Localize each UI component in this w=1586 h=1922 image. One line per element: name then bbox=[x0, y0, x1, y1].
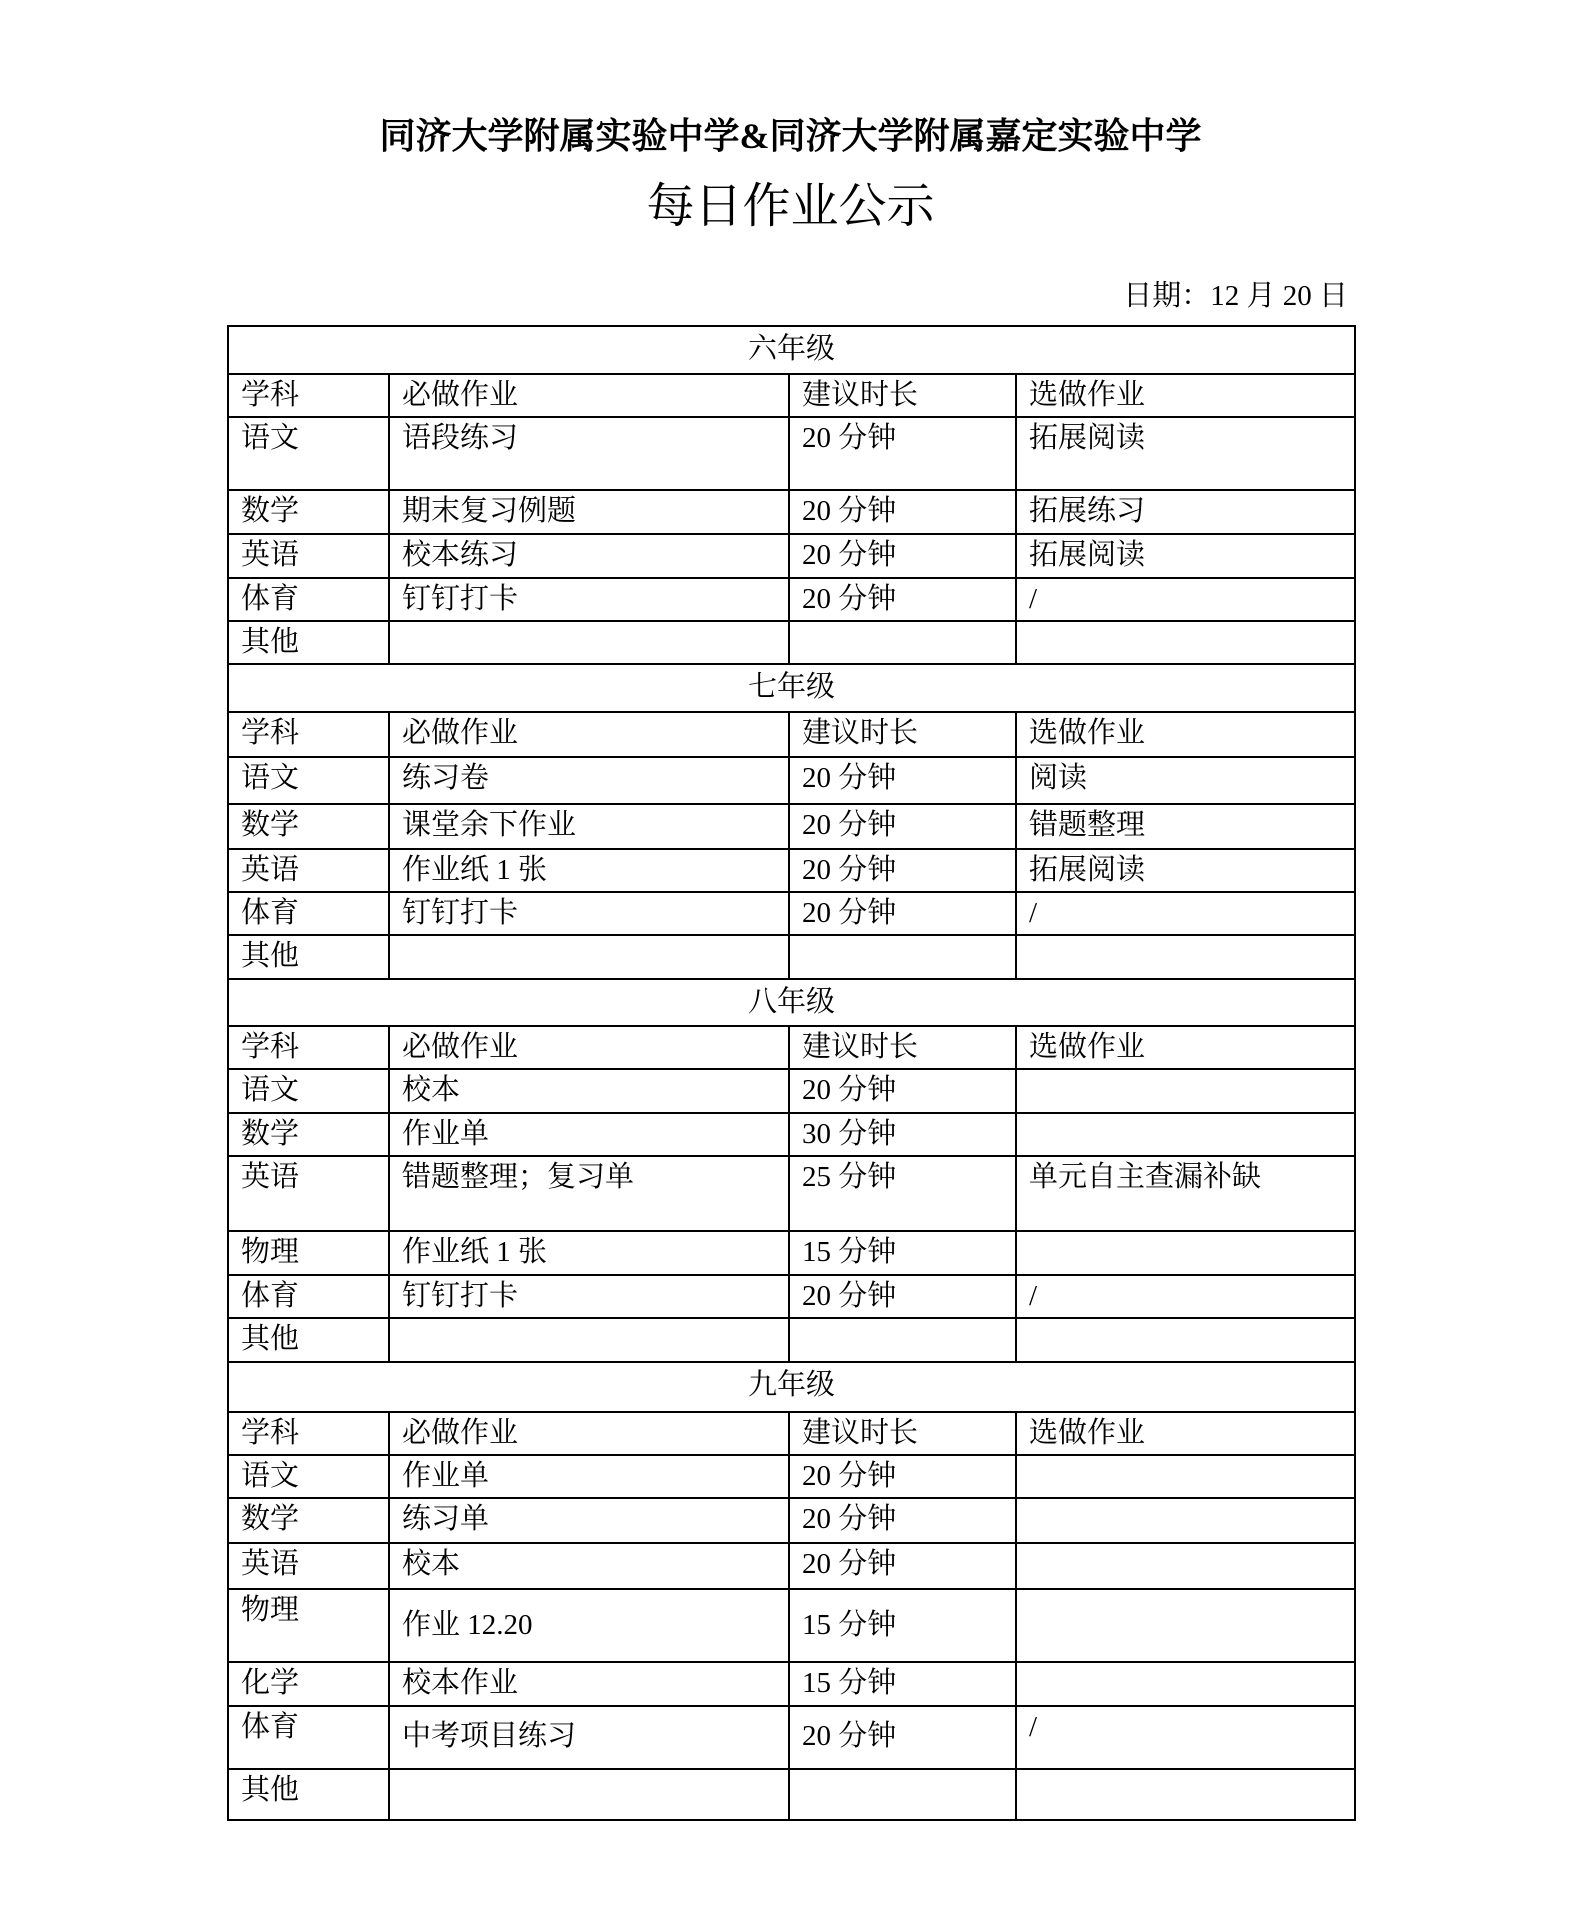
cell-required: 期末复习例题 bbox=[389, 490, 789, 533]
cell-optional: / bbox=[1016, 1706, 1355, 1769]
cell-subject: 数学 bbox=[228, 804, 389, 849]
cell-optional bbox=[1016, 1498, 1355, 1543]
grade-banner: 八年级 bbox=[228, 979, 1355, 1026]
cell-duration bbox=[789, 621, 1016, 664]
cell-duration bbox=[789, 1318, 1016, 1361]
cell-optional: / bbox=[1016, 892, 1355, 935]
grade-banner-row: 六年级 bbox=[228, 326, 1355, 373]
document-content: 同济大学附属实验中学&同济大学附属嘉定实验中学 每日作业公示 日期：12 月 2… bbox=[227, 0, 1354, 1821]
table-row: 英语校本20 分钟 bbox=[228, 1543, 1355, 1589]
column-header-required: 必做作业 bbox=[389, 1412, 789, 1455]
cell-required bbox=[389, 1769, 789, 1820]
cell-optional: 阅读 bbox=[1016, 757, 1355, 804]
cell-required: 钉钉打卡 bbox=[389, 892, 789, 935]
table-row: 语文语段练习20 分钟拓展阅读 bbox=[228, 417, 1355, 490]
cell-duration: 20 分钟 bbox=[789, 1275, 1016, 1318]
cell-subject: 语文 bbox=[228, 417, 389, 490]
cell-subject: 体育 bbox=[228, 892, 389, 935]
cell-required: 校本作业 bbox=[389, 1662, 789, 1705]
cell-duration: 20 分钟 bbox=[789, 849, 1016, 892]
cell-optional bbox=[1016, 1543, 1355, 1589]
cell-required: 作业单 bbox=[389, 1455, 789, 1498]
table-row: 其他 bbox=[228, 1318, 1355, 1361]
table-row: 数学期末复习例题20 分钟拓展练习 bbox=[228, 490, 1355, 533]
cell-duration: 15 分钟 bbox=[789, 1231, 1016, 1275]
cell-optional: / bbox=[1016, 1275, 1355, 1318]
column-header-subject: 学科 bbox=[228, 374, 389, 417]
table-row: 物理作业纸 1 张15 分钟 bbox=[228, 1231, 1355, 1275]
cell-subject: 数学 bbox=[228, 1113, 389, 1156]
cell-subject: 体育 bbox=[228, 578, 389, 621]
cell-duration: 15 分钟 bbox=[789, 1589, 1016, 1662]
cell-duration: 20 分钟 bbox=[789, 757, 1016, 804]
column-header-duration: 建议时长 bbox=[789, 374, 1016, 417]
cell-duration: 20 分钟 bbox=[789, 1455, 1016, 1498]
cell-optional bbox=[1016, 1113, 1355, 1156]
cell-optional bbox=[1016, 621, 1355, 664]
cell-subject: 英语 bbox=[228, 1543, 389, 1589]
cell-required: 校本 bbox=[389, 1069, 789, 1112]
cell-duration: 20 分钟 bbox=[789, 578, 1016, 621]
cell-required: 钉钉打卡 bbox=[389, 578, 789, 621]
cell-duration: 20 分钟 bbox=[789, 417, 1016, 490]
table-row: 体育钉钉打卡20 分钟/ bbox=[228, 892, 1355, 935]
cell-optional bbox=[1016, 1455, 1355, 1498]
column-header-required: 必做作业 bbox=[389, 712, 789, 757]
cell-optional: 拓展阅读 bbox=[1016, 849, 1355, 892]
cell-duration: 20 分钟 bbox=[789, 1498, 1016, 1543]
cell-duration bbox=[789, 1769, 1016, 1820]
column-header-subject: 学科 bbox=[228, 1412, 389, 1455]
table-row: 其他 bbox=[228, 621, 1355, 664]
cell-required bbox=[389, 621, 789, 664]
cell-required: 语段练习 bbox=[389, 417, 789, 490]
cell-optional: / bbox=[1016, 578, 1355, 621]
table-row: 数学作业单30 分钟 bbox=[228, 1113, 1355, 1156]
cell-required: 钉钉打卡 bbox=[389, 1275, 789, 1318]
column-header-required: 必做作业 bbox=[389, 374, 789, 417]
cell-duration: 20 分钟 bbox=[789, 1706, 1016, 1769]
column-header-duration: 建议时长 bbox=[789, 712, 1016, 757]
cell-required: 练习卷 bbox=[389, 757, 789, 804]
cell-duration bbox=[789, 935, 1016, 978]
cell-subject: 语文 bbox=[228, 1455, 389, 1498]
cell-required bbox=[389, 935, 789, 978]
column-header-duration: 建议时长 bbox=[789, 1412, 1016, 1455]
cell-optional: 错题整理 bbox=[1016, 804, 1355, 849]
cell-optional: 单元自主查漏补缺 bbox=[1016, 1156, 1355, 1231]
column-header-row: 学科必做作业建议时长选做作业 bbox=[228, 1412, 1355, 1455]
cell-subject: 其他 bbox=[228, 1318, 389, 1361]
cell-optional bbox=[1016, 1662, 1355, 1705]
cell-duration: 20 分钟 bbox=[789, 490, 1016, 533]
column-header-row: 学科必做作业建议时长选做作业 bbox=[228, 1026, 1355, 1069]
table-row: 语文作业单20 分钟 bbox=[228, 1455, 1355, 1498]
cell-required: 校本 bbox=[389, 1543, 789, 1589]
cell-subject: 其他 bbox=[228, 935, 389, 978]
cell-required: 错题整理；复习单 bbox=[389, 1156, 789, 1231]
cell-required: 练习单 bbox=[389, 1498, 789, 1543]
cell-subject: 英语 bbox=[228, 534, 389, 578]
cell-subject: 语文 bbox=[228, 757, 389, 804]
cell-optional bbox=[1016, 1318, 1355, 1361]
cell-subject: 英语 bbox=[228, 1156, 389, 1231]
cell-duration: 30 分钟 bbox=[789, 1113, 1016, 1156]
cell-duration: 25 分钟 bbox=[789, 1156, 1016, 1231]
homework-table: 六年级学科必做作业建议时长选做作业语文语段练习20 分钟拓展阅读数学期末复习例题… bbox=[227, 325, 1356, 1820]
column-header-subject: 学科 bbox=[228, 712, 389, 757]
cell-subject: 数学 bbox=[228, 1498, 389, 1543]
cell-required: 作业纸 1 张 bbox=[389, 1231, 789, 1275]
cell-optional bbox=[1016, 1589, 1355, 1662]
column-header-required: 必做作业 bbox=[389, 1026, 789, 1069]
cell-duration: 20 分钟 bbox=[789, 1069, 1016, 1112]
grade-banner: 六年级 bbox=[228, 326, 1355, 373]
table-row: 语文校本20 分钟 bbox=[228, 1069, 1355, 1112]
table-row: 化学校本作业15 分钟 bbox=[228, 1662, 1355, 1705]
cell-duration: 20 分钟 bbox=[789, 804, 1016, 849]
cell-required: 作业纸 1 张 bbox=[389, 849, 789, 892]
table-row: 其他 bbox=[228, 1769, 1355, 1820]
cell-subject: 体育 bbox=[228, 1275, 389, 1318]
cell-optional bbox=[1016, 935, 1355, 978]
cell-duration: 20 分钟 bbox=[789, 534, 1016, 578]
column-header-row: 学科必做作业建议时长选做作业 bbox=[228, 374, 1355, 417]
document-page: 同济大学附属实验中学&同济大学附属嘉定实验中学 每日作业公示 日期：12 月 2… bbox=[0, 0, 1586, 1922]
table-row: 体育钉钉打卡20 分钟/ bbox=[228, 1275, 1355, 1318]
cell-optional: 拓展阅读 bbox=[1016, 417, 1355, 490]
table-row: 其他 bbox=[228, 935, 1355, 978]
document-title: 同济大学附属实验中学&同济大学附属嘉定实验中学 bbox=[227, 116, 1354, 157]
cell-optional bbox=[1016, 1769, 1355, 1820]
table-row: 英语校本练习20 分钟拓展阅读 bbox=[228, 534, 1355, 578]
cell-duration: 20 分钟 bbox=[789, 892, 1016, 935]
cell-required: 课堂余下作业 bbox=[389, 804, 789, 849]
cell-required bbox=[389, 1318, 789, 1361]
cell-duration: 15 分钟 bbox=[789, 1662, 1016, 1705]
cell-optional bbox=[1016, 1069, 1355, 1112]
column-header-optional: 选做作业 bbox=[1016, 374, 1355, 417]
table-row: 英语作业纸 1 张20 分钟拓展阅读 bbox=[228, 849, 1355, 892]
grade-banner: 七年级 bbox=[228, 664, 1355, 711]
cell-subject: 体育 bbox=[228, 1706, 389, 1769]
column-header-optional: 选做作业 bbox=[1016, 1412, 1355, 1455]
cell-subject: 物理 bbox=[228, 1231, 389, 1275]
cell-subject: 其他 bbox=[228, 1769, 389, 1820]
homework-table-body: 六年级学科必做作业建议时长选做作业语文语段练习20 分钟拓展阅读数学期末复习例题… bbox=[228, 326, 1355, 1819]
column-header-row: 学科必做作业建议时长选做作业 bbox=[228, 712, 1355, 757]
cell-subject: 物理 bbox=[228, 1589, 389, 1662]
date-label: 日期：12 月 20 日 bbox=[227, 281, 1354, 313]
grade-banner: 九年级 bbox=[228, 1362, 1355, 1412]
cell-duration: 20 分钟 bbox=[789, 1543, 1016, 1589]
table-row: 英语错题整理；复习单25 分钟单元自主查漏补缺 bbox=[228, 1156, 1355, 1231]
cell-required: 作业 12.20 bbox=[389, 1589, 789, 1662]
table-row: 数学课堂余下作业20 分钟错题整理 bbox=[228, 804, 1355, 849]
grade-banner-row: 八年级 bbox=[228, 979, 1355, 1026]
document-subtitle: 每日作业公示 bbox=[227, 179, 1354, 234]
grade-banner-row: 七年级 bbox=[228, 664, 1355, 711]
cell-subject: 数学 bbox=[228, 490, 389, 533]
cell-subject: 化学 bbox=[228, 1662, 389, 1705]
cell-required: 校本练习 bbox=[389, 534, 789, 578]
cell-required: 中考项目练习 bbox=[389, 1706, 789, 1769]
cell-optional bbox=[1016, 1231, 1355, 1275]
column-header-duration: 建议时长 bbox=[789, 1026, 1016, 1069]
cell-subject: 英语 bbox=[228, 849, 389, 892]
cell-required: 作业单 bbox=[389, 1113, 789, 1156]
cell-optional: 拓展阅读 bbox=[1016, 534, 1355, 578]
table-row: 体育钉钉打卡20 分钟/ bbox=[228, 578, 1355, 621]
table-row: 物理作业 12.2015 分钟 bbox=[228, 1589, 1355, 1662]
table-row: 语文练习卷20 分钟阅读 bbox=[228, 757, 1355, 804]
table-row: 数学练习单20 分钟 bbox=[228, 1498, 1355, 1543]
column-header-optional: 选做作业 bbox=[1016, 1026, 1355, 1069]
column-header-subject: 学科 bbox=[228, 1026, 389, 1069]
column-header-optional: 选做作业 bbox=[1016, 712, 1355, 757]
cell-optional: 拓展练习 bbox=[1016, 490, 1355, 533]
grade-banner-row: 九年级 bbox=[228, 1362, 1355, 1412]
cell-subject: 其他 bbox=[228, 621, 389, 664]
table-row: 体育中考项目练习20 分钟/ bbox=[228, 1706, 1355, 1769]
cell-subject: 语文 bbox=[228, 1069, 389, 1112]
